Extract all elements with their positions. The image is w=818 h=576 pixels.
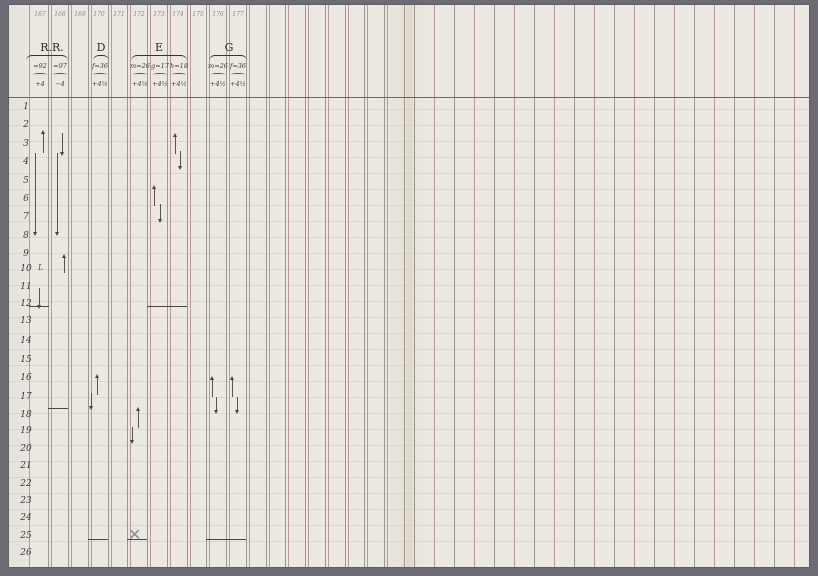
column-number: 170 [90, 11, 108, 18]
closing-rule [29, 306, 49, 307]
up-arrow-icon [43, 133, 44, 153]
brace-g [209, 55, 247, 62]
column-number: 174 [169, 11, 187, 18]
row-number: 16 [18, 373, 34, 383]
row-number: 23 [18, 496, 34, 506]
up-arrow-icon [232, 379, 233, 397]
subcol-value: +4½ [207, 80, 229, 88]
ledger-sheet: 167 168 169 170 171 172 173 174 175 176 … [9, 5, 809, 567]
column-number: 175 [189, 11, 207, 18]
down-arrow-icon [57, 173, 58, 233]
brace-e [131, 55, 187, 62]
column-number: 171 [110, 11, 128, 18]
tilde-mark [172, 73, 186, 76]
brace-rr [26, 55, 68, 62]
line-mark [57, 153, 58, 173]
closing-rule [147, 306, 187, 307]
subcol-value: −4 [49, 80, 71, 88]
line-mark [35, 153, 36, 173]
up-arrow-icon [154, 188, 155, 206]
subcol-label: =97 [49, 62, 71, 70]
subcol-value: +4½ [227, 80, 249, 88]
row-number: 13 [18, 316, 34, 326]
down-arrow-icon [160, 204, 161, 220]
down-arrow-icon [91, 393, 92, 407]
row-number: 10 [18, 264, 34, 274]
row-number: 20 [18, 444, 34, 454]
closing-rule [88, 539, 108, 540]
down-arrow-icon [237, 397, 238, 411]
row-number: 1 [18, 102, 34, 112]
row-number: 15 [18, 355, 34, 365]
row-number: 4 [18, 157, 34, 167]
column-number: 177 [229, 11, 247, 18]
row-number: 3 [18, 139, 34, 149]
column-number: 176 [209, 11, 227, 18]
header-rule [9, 97, 809, 98]
up-arrow-icon [138, 410, 139, 428]
down-arrow-icon [216, 397, 217, 411]
group-label-d: D [91, 41, 111, 54]
up-arrow-icon [212, 379, 213, 397]
up-arrow-icon [175, 136, 176, 154]
down-arrow-icon [132, 427, 133, 441]
subcol-label: f=36 [89, 62, 111, 70]
group-label-g: G [219, 41, 239, 54]
closing-rule [48, 408, 68, 409]
row-number: 7 [18, 212, 34, 222]
subcol-label: f=36 [227, 62, 249, 70]
subcol-label: m=26 [129, 62, 151, 70]
tilde-mark [133, 73, 147, 76]
subcol-value: +4½ [89, 80, 111, 88]
down-arrow-icon [180, 151, 181, 167]
right-page [409, 5, 809, 567]
row-number: 9 [18, 249, 34, 259]
tilde-mark [53, 73, 67, 76]
subcol-label: =92 [29, 62, 51, 70]
row-number: 11 [18, 282, 34, 292]
down-arrow-icon [62, 133, 63, 153]
down-arrow-icon [39, 288, 40, 306]
row-number: 8 [18, 231, 34, 241]
tilde-mark [153, 73, 167, 76]
row-number: 6 [18, 194, 34, 204]
brace-d [93, 55, 109, 62]
tilde-mark [33, 73, 47, 76]
cross-mark-icon: ✕ [128, 525, 141, 544]
closing-rule [206, 539, 246, 540]
row-number: 12 [18, 299, 34, 309]
subcol-label: m=26 [207, 62, 229, 70]
column-number: 169 [71, 11, 89, 18]
row-number: 24 [18, 513, 34, 523]
up-arrow-icon [64, 257, 65, 273]
column-number: 173 [150, 11, 168, 18]
row-number: 25 [18, 531, 34, 541]
page-fold [407, 5, 413, 567]
row-number: 19 [18, 426, 34, 436]
column-number: 172 [130, 11, 148, 18]
tilde-mark [211, 73, 225, 76]
group-label-e: E [149, 41, 169, 54]
row-number: 5 [18, 176, 34, 186]
column-number: 168 [51, 11, 69, 18]
subcol-value: +4 [29, 80, 51, 88]
row-number: 22 [18, 479, 34, 489]
subcol-value: +4½ [168, 80, 190, 88]
row-number: 26 [18, 548, 34, 558]
subcol-label: h=18 [168, 62, 190, 70]
row-number: 14 [18, 336, 34, 346]
row-number: 17 [18, 392, 34, 402]
tilde-mark [93, 73, 107, 76]
column-number: 167 [31, 11, 49, 18]
up-arrow-icon [97, 377, 98, 395]
down-arrow-icon [35, 173, 36, 233]
row-number: 18 [18, 410, 34, 420]
group-label-rr: R.R. [37, 41, 67, 54]
subcol-value: +4½ [129, 80, 151, 88]
letter-mark: L [38, 263, 43, 272]
row-number: 2 [18, 120, 34, 130]
row-number: 21 [18, 461, 34, 471]
tilde-mark [231, 73, 245, 76]
